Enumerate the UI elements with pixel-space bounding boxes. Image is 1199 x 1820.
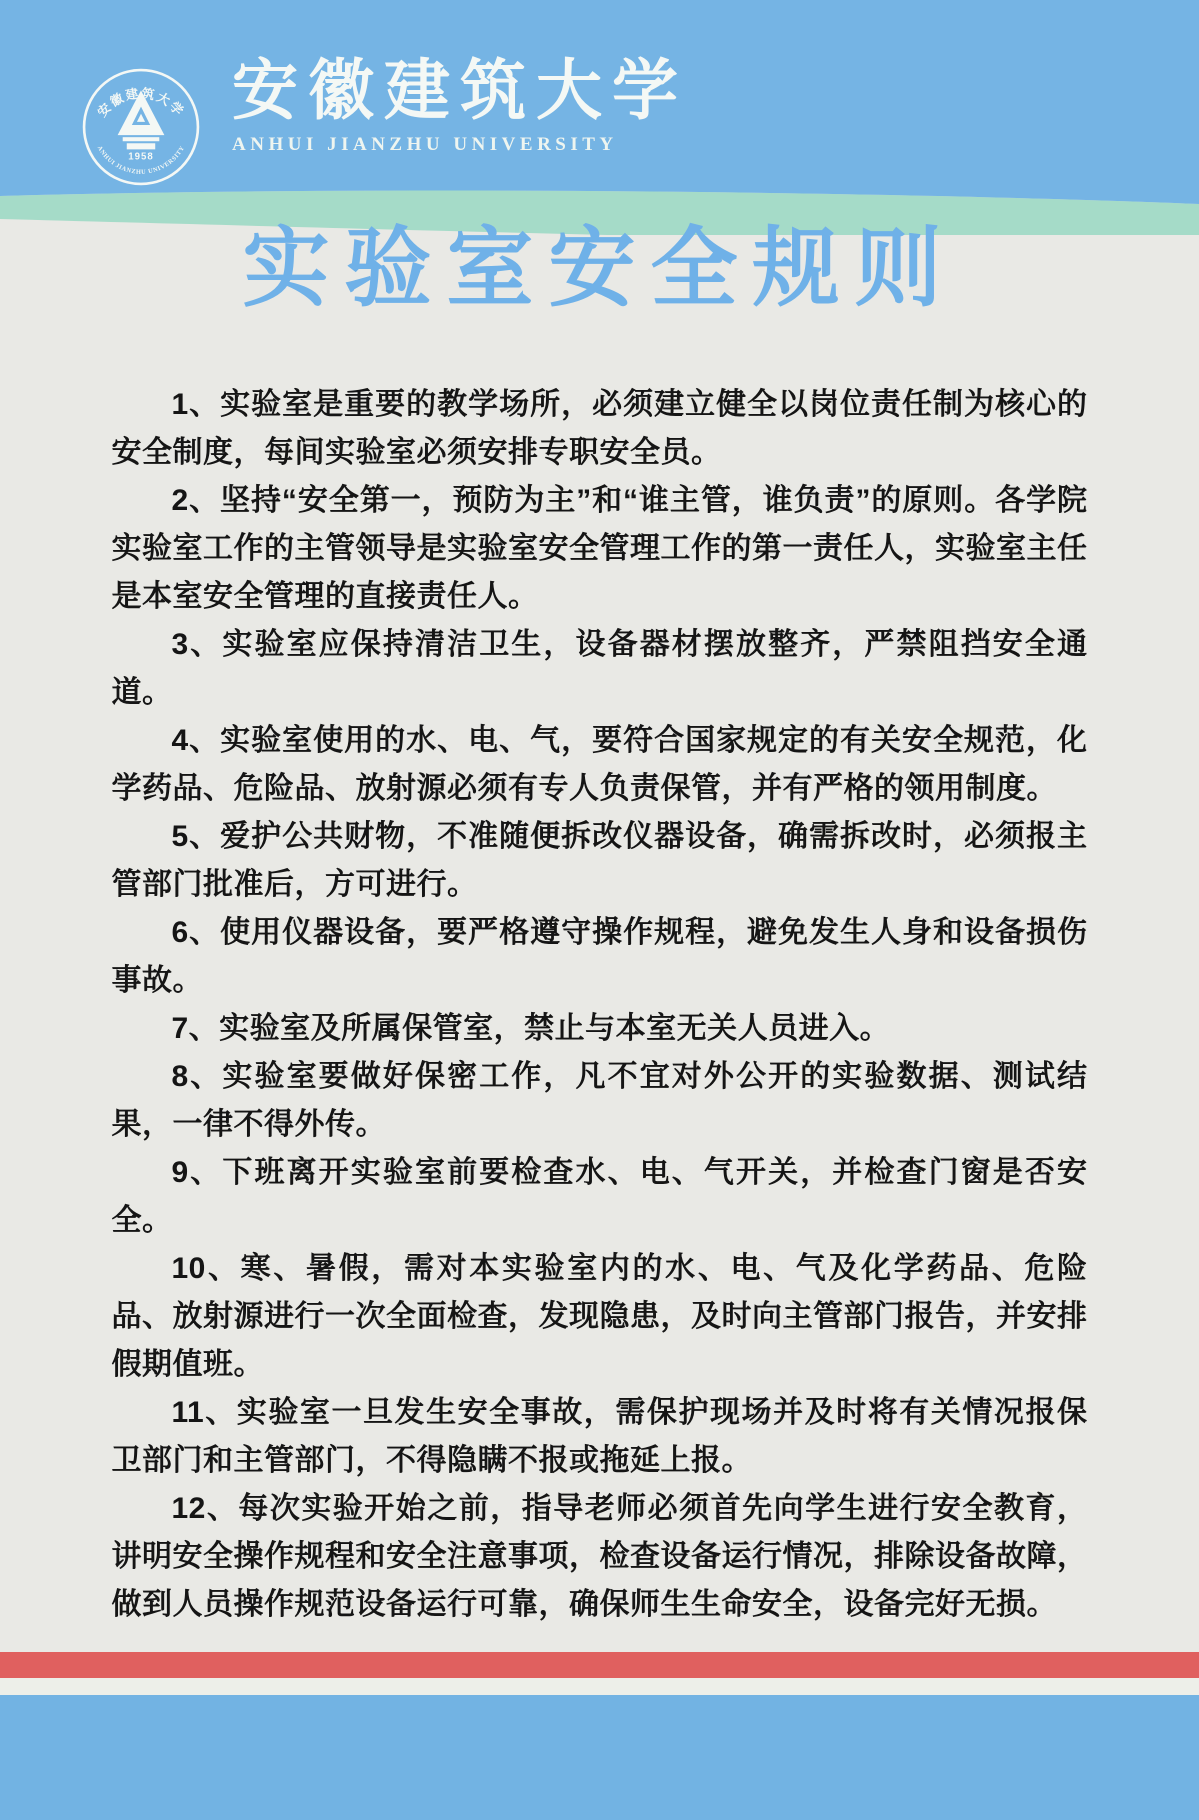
rule-item: 12、每次实验开始之前，指导老师必须首先向学生进行安全教育，讲明安全操作规程和安… [112, 1485, 1088, 1629]
footer-stripe-red [0, 1652, 1199, 1678]
rule-item: 7、实验室及所属保管室，禁止与本室无关人员进入。 [112, 1005, 1088, 1053]
rule-item: 2、坚持“安全第一，预防为主”和“谁主管，谁负责”的原则。各学院实验室工作的主管… [112, 477, 1088, 621]
rule-item: 3、实验室应保持清洁卫生，设备器材摆放整齐，严禁阻挡安全通道。 [112, 621, 1088, 717]
footer-stripes [0, 1652, 1199, 1820]
rule-item: 10、寒、暑假，需对本实验室内的水、电、气及化学药品、危险品、放射源进行一次全面… [112, 1245, 1088, 1389]
rule-item: 6、使用仪器设备，要严格遵守操作规程，避免发生人身和设备损伤事故。 [112, 909, 1088, 1005]
rule-item: 1、实验室是重要的教学场所，必须建立健全以岗位责任制为核心的安全制度，每间实验室… [112, 381, 1088, 477]
footer-stripe-blue [0, 1695, 1199, 1820]
footer-stripe-light [0, 1678, 1199, 1695]
rule-item: 11、实验室一旦发生安全事故，需保护现场并及时将有关情况报保卫部门和主管部门，不… [112, 1389, 1088, 1485]
university-name-en: ANHUI JIANZHU UNIVERSITY [232, 132, 688, 158]
university-name-block: 安徽建筑大学 ANHUI JIANZHU UNIVERSITY [232, 52, 688, 158]
rules-list: 1、实验室是重要的教学场所，必须建立健全以岗位责任制为核心的安全制度，每间实验室… [112, 381, 1088, 1629]
page-title: 实验室安全规则 [0, 221, 1199, 317]
lab-safety-poster: 安徽建筑大学 1958 ANHUI JIANZHU UNIVERSITY 安徽建… [0, 0, 1199, 1820]
main-content: 实验室安全规则 1、实验室是重要的教学场所，必须建立健全以岗位责任制为核心的安全… [0, 235, 1199, 1652]
rule-item: 9、下班离开实验室前要检查水、电、气开关，并检查门窗是否安全。 [112, 1149, 1088, 1245]
rule-item: 8、实验室要做好保密工作，凡不宜对外公开的实验数据、测试结果，一律不得外传。 [112, 1053, 1088, 1149]
rule-item: 4、实验室使用的水、电、气，要符合国家规定的有关安全规范，化学药品、危险品、放射… [112, 717, 1088, 813]
seal-year: 1958 [128, 152, 154, 163]
university-name-zh: 安徽建筑大学 [232, 52, 688, 132]
rule-item: 5、爱护公共财物，不准随便拆改仪器设备，确需拆改时，必须报主管部门批准后，方可进… [112, 813, 1088, 909]
university-seal: 安徽建筑大学 1958 ANHUI JIANZHU UNIVERSITY [80, 66, 202, 188]
header-banner: 安徽建筑大学 1958 ANHUI JIANZHU UNIVERSITY 安徽建… [0, 0, 1199, 235]
